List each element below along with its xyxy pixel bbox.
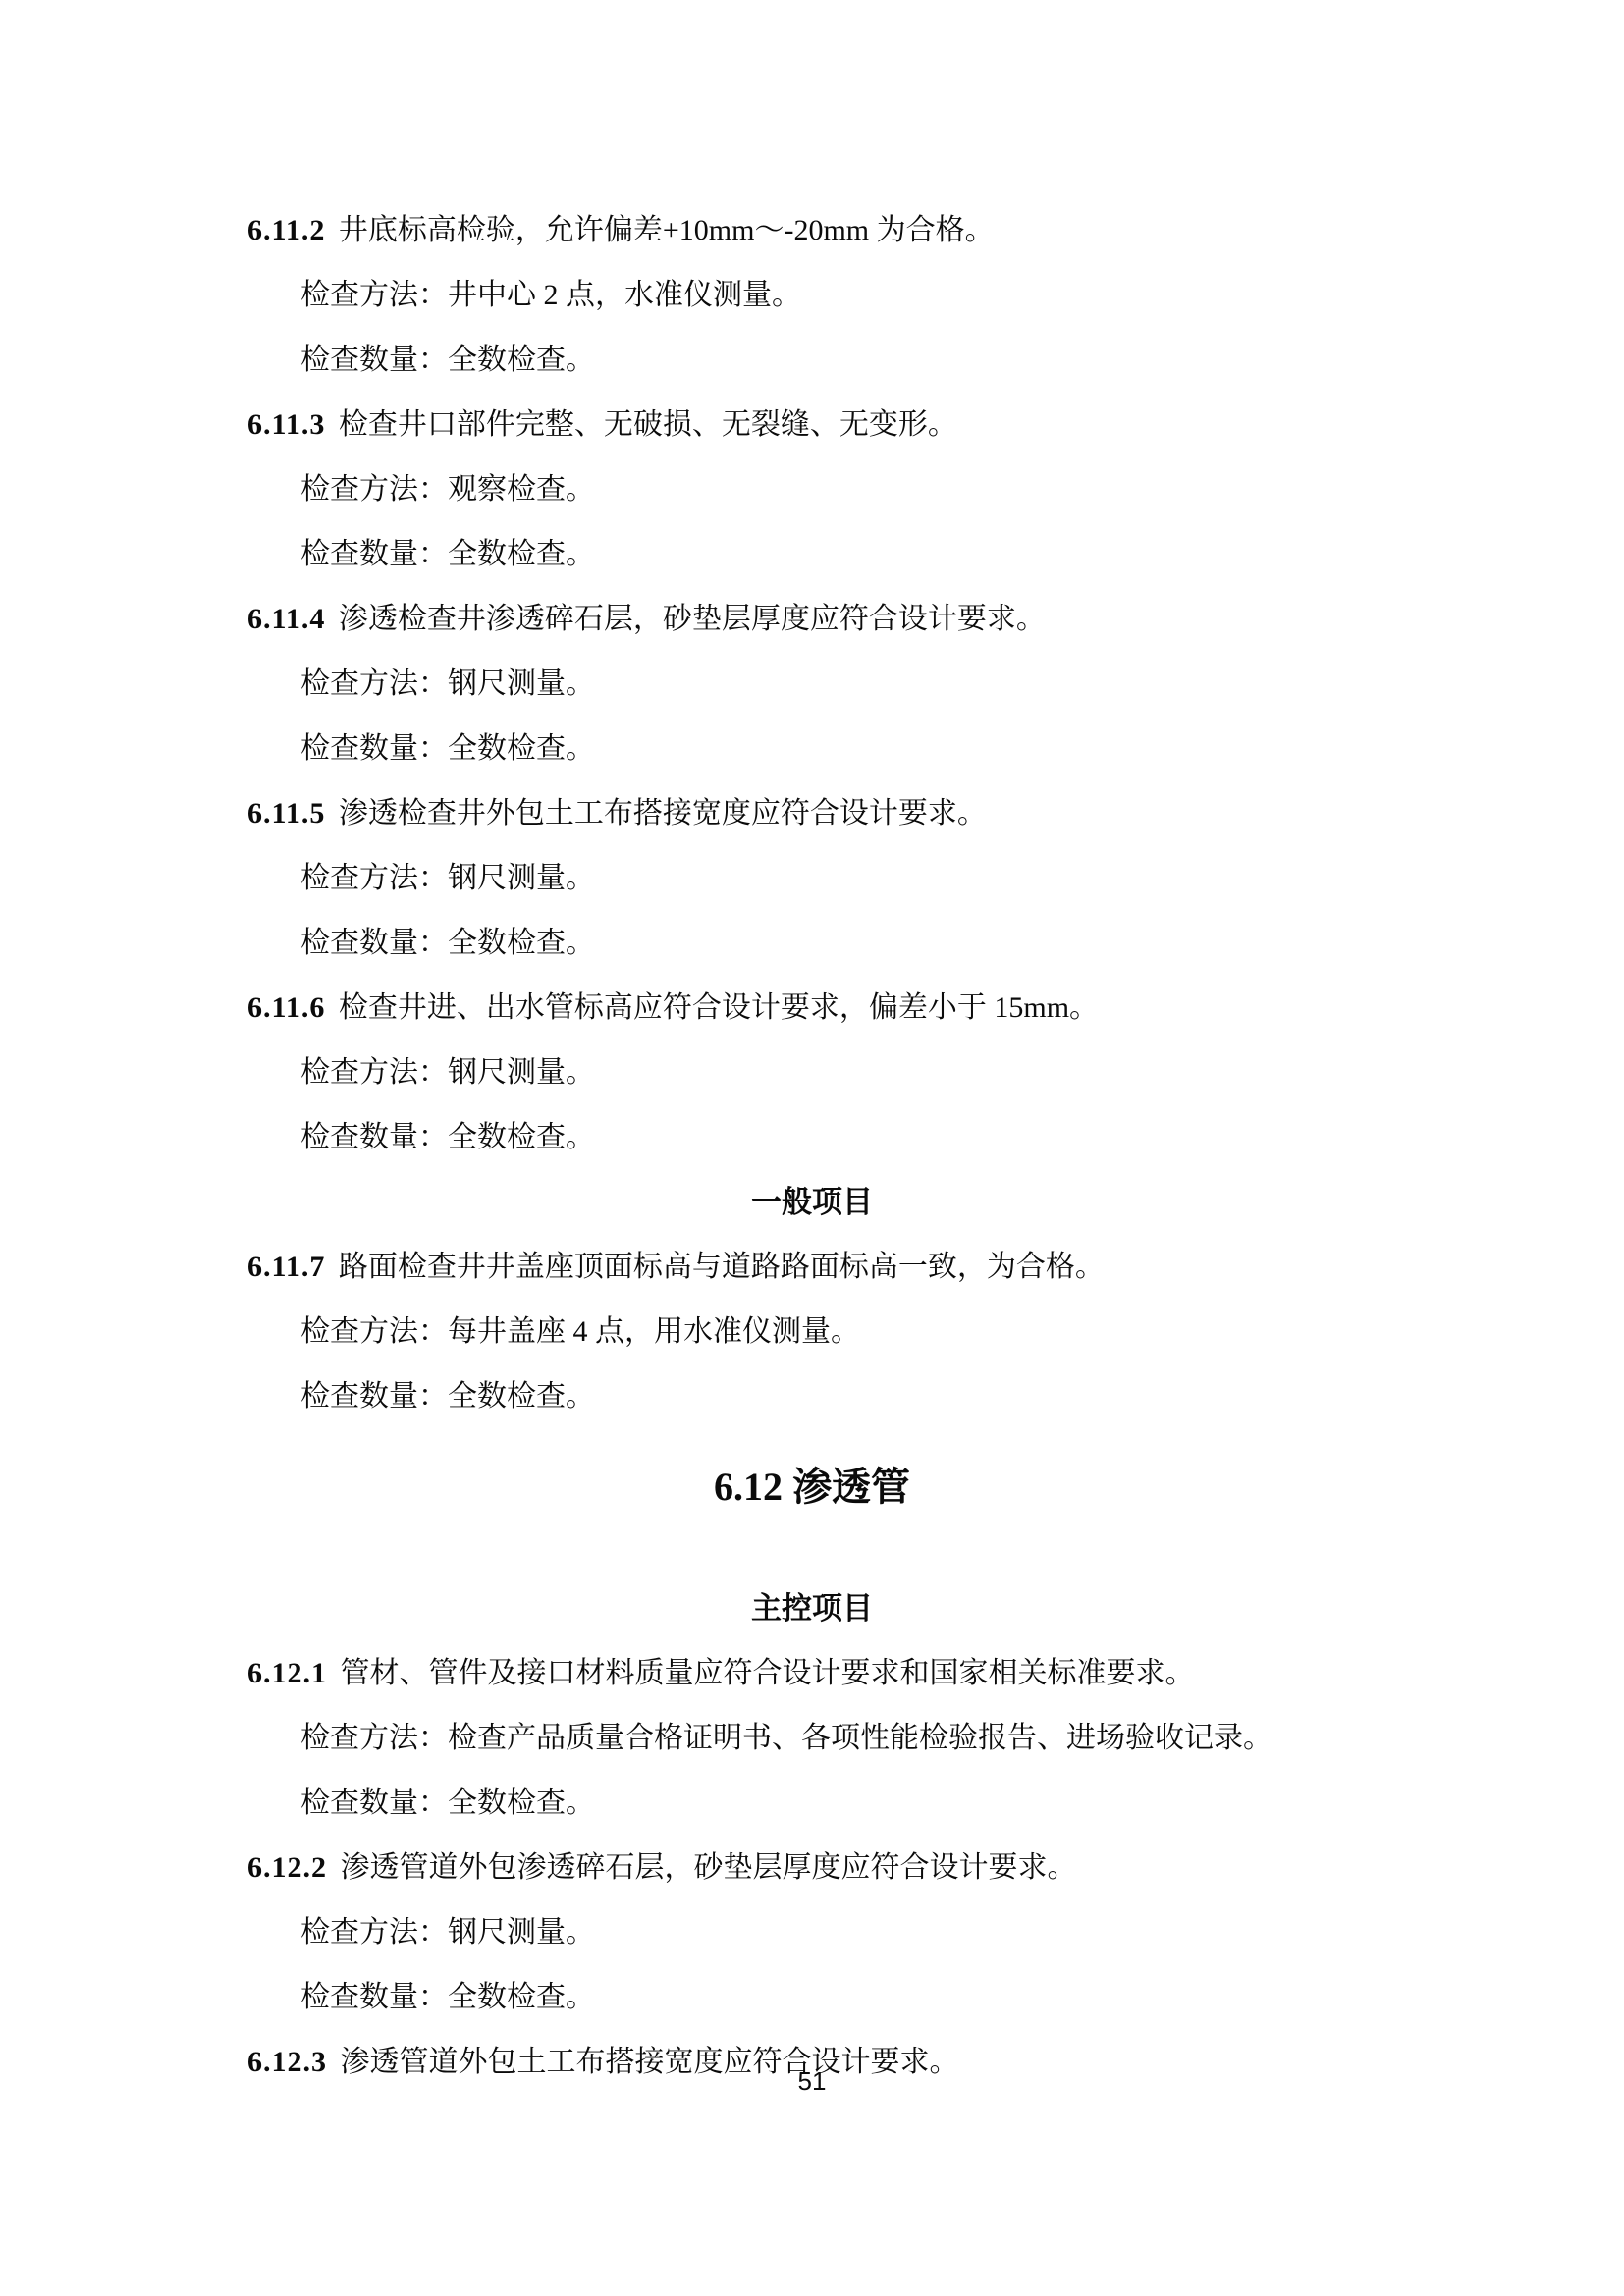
clause-number: 6.12.1 (247, 1657, 327, 1689)
subsection-heading: 一般项目 (247, 1170, 1377, 1235)
clause-6.11.3: 6.11.3 检查井口部件完整、无破损、无裂缝、无变形。 (247, 393, 1435, 457)
check-detail-line: 检查方法：钢尺测量。 (247, 1900, 1435, 1965)
check-detail-line: 检查方法：观察检查。 (247, 457, 1435, 522)
check-detail-line: 检查方法：钢尺测量。 (247, 652, 1435, 717)
check-detail-line: 检查数量：全数检查。 (247, 328, 1435, 393)
clause-number: 6.11.3 (247, 408, 325, 441)
clause-number: 6.11.6 (247, 991, 325, 1024)
clause-6.11.4: 6.11.4 渗透检查井渗透碎石层，砂垫层厚度应符合设计要求。 (247, 587, 1435, 652)
clause-6.11.5: 6.11.5 渗透检查井外包土工布搭接宽度应符合设计要求。 (247, 781, 1435, 846)
clause-6.11.7: 6.11.7 路面检查井井盖座顶面标高与道路路面标高一致，为合格。 (247, 1235, 1435, 1300)
check-detail-line: 检查数量：全数检查。 (247, 1105, 1435, 1170)
document-content: 6.11.2 井底标高检验，允许偏差+10mm～-20mm 为合格。检查方法：井… (247, 198, 1435, 2095)
check-detail-line: 检查方法：钢尺测量。 (247, 1041, 1435, 1105)
check-detail-line: 检查方法：钢尺测量。 (247, 846, 1435, 911)
check-detail-line: 检查方法：每井盖座 4 点，用水准仪测量。 (247, 1300, 1435, 1364)
check-detail-line: 检查数量：全数检查。 (247, 1364, 1435, 1429)
clause-number: 6.11.4 (247, 603, 325, 635)
clause-6.11.6: 6.11.6 检查井进、出水管标高应符合设计要求，偏差小于 15mm。 (247, 976, 1435, 1041)
check-detail-line: 检查数量：全数检查。 (247, 1965, 1435, 2030)
clause-number: 6.11.2 (247, 214, 325, 246)
check-detail-line: 检查数量：全数检查。 (247, 1771, 1435, 1836)
check-detail-line: 检查方法：检查产品质量合格证明书、各项性能检验报告、进场验收记录。 (247, 1706, 1435, 1771)
clause-6.12.1: 6.12.1 管材、管件及接口材料质量应符合设计要求和国家相关标准要求。 (247, 1641, 1435, 1706)
check-detail-line: 检查数量：全数检查。 (247, 522, 1435, 587)
check-detail-line: 检查方法：井中心 2 点，水准仪测量。 (247, 263, 1435, 328)
page-number: 51 (0, 2066, 1624, 2096)
clause-number: 6.11.7 (247, 1251, 325, 1283)
document-page: 6.11.2 井底标高检验，允许偏差+10mm～-20mm 为合格。检查方法：井… (0, 0, 1624, 2296)
subsection-heading: 主控项目 (247, 1576, 1377, 1641)
clause-number: 6.12.2 (247, 1851, 327, 1884)
check-detail-line: 检查数量：全数检查。 (247, 717, 1435, 781)
clause-6.12.2: 6.12.2 渗透管道外包渗透碎石层，砂垫层厚度应符合设计要求。 (247, 1836, 1435, 1900)
section-heading: 6.12 渗透管 (247, 1453, 1377, 1522)
clause-6.11.2: 6.11.2 井底标高检验，允许偏差+10mm～-20mm 为合格。 (247, 198, 1435, 263)
clause-number: 6.11.5 (247, 797, 325, 829)
check-detail-line: 检查数量：全数检查。 (247, 911, 1435, 976)
